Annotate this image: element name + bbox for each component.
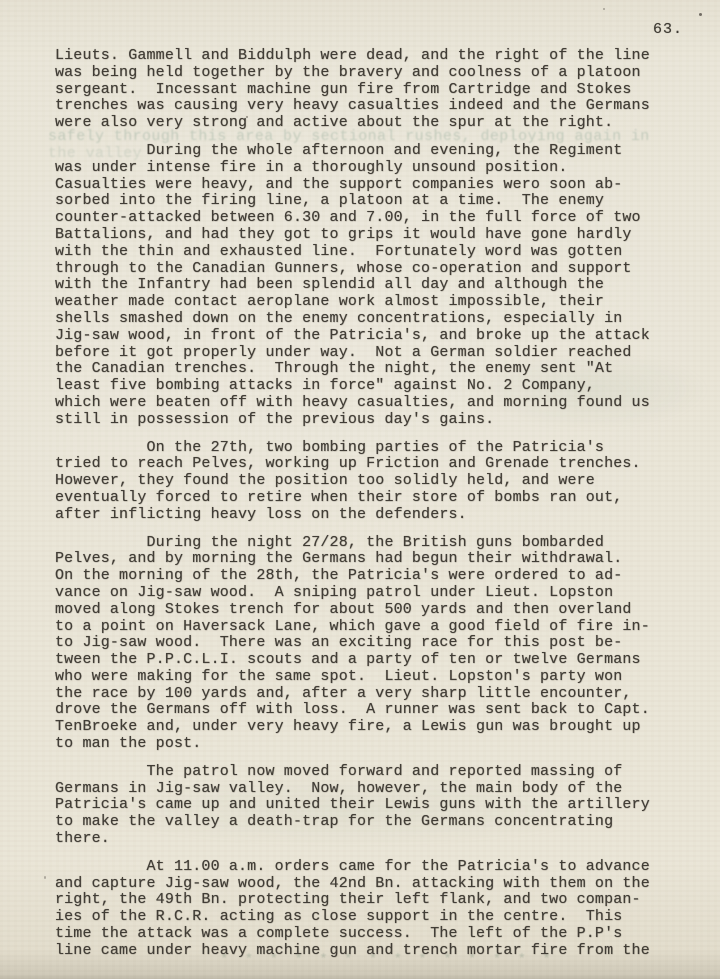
paragraph: The patrol now moved forward and reporte… [55,764,675,848]
text-line: sorbed into the firing line, a platoon a… [55,193,675,210]
text-line: Lieuts. Gammell and Biddulph were dead, … [55,48,675,65]
scanned-document-page: safely through this area by sectional ru… [0,0,720,979]
text-line: with the Infantry had been splendid all … [55,277,675,294]
text-line: time the attack was a complete success. … [55,926,675,943]
text-line: who were making for the same spot. Lieut… [55,669,675,686]
paragraph: During the night 27/28, the British guns… [55,535,675,753]
text-line: which were beaten off with heavy casualt… [55,395,675,412]
text-line: was being held together by the bravery a… [55,65,675,82]
text-line: Patricia's came up and united their Lewi… [55,797,675,814]
text-line: with the thin and exhausted line. Fortun… [55,244,675,261]
text-line: tween the P.P.C.L.I. scouts and a party … [55,652,675,669]
text-line: line came under heavy machine gun and tr… [55,943,675,960]
text-line: before it got properly under way. Not a … [55,345,675,362]
text-line: Casualties were heavy, and the support c… [55,177,675,194]
text-line: However, they found the position too sol… [55,473,675,490]
ink-speck [44,876,46,879]
ink-speck [603,8,605,10]
text-line: drove the Germans off with loss. A runne… [55,702,675,719]
text-line: to Jig-saw wood. There was an exciting r… [55,635,675,652]
text-line: there. [55,831,675,848]
text-line: counter-attacked between 6.30 and 7.00, … [55,210,675,227]
text-line: vance on Jig-saw wood. A sniping patrol … [55,585,675,602]
text-line: weather made contact aeroplane work almo… [55,294,675,311]
text-line: the Canadian trenches. Through the night… [55,361,675,378]
text-line: Germans in Jig-saw valley. Now, however,… [55,781,675,798]
text-line: eventually forced to retire when their s… [55,490,675,507]
text-line: right, the 49th Bn. protecting their lef… [55,892,675,909]
text-line: still in possession of the previous day'… [55,412,675,429]
text-line: Pelves, and by morning the Germans had b… [55,551,675,568]
paragraph: At 11.00 a.m. orders came for the Patric… [55,859,675,960]
text-line: through to the Canadian Gunners, whose c… [55,261,675,278]
text-line: was under intense fire in a thoroughly u… [55,160,675,177]
ink-speck [699,13,702,16]
text-line: Jig-saw wood, in front of the Patricia's… [55,328,675,345]
text-line: On the morning of the 28th, the Patricia… [55,568,675,585]
text-line: to make the valley a death-trap for the … [55,814,675,831]
paragraph: During the whole afternoon and evening, … [55,143,675,429]
text-line: the race by 100 yards and, after a very … [55,686,675,703]
text-line: moved along Stokes trench for about 500 … [55,602,675,619]
text-line: At 11.00 a.m. orders came for the Patric… [55,859,675,876]
text-line: During the whole afternoon and evening, … [55,143,675,160]
text-line: TenBroeke and, under very heavy fire, a … [55,719,675,736]
text-line: least five bombing attacks in force" aga… [55,378,675,395]
document-body-text: Lieuts. Gammell and Biddulph were dead, … [55,48,675,960]
text-line: On the 27th, two bombing parties of the … [55,440,675,457]
text-line: Battalions, and had they got to grips it… [55,227,675,244]
text-line: ies of the R.C.R. acting as close suppor… [55,909,675,926]
text-line: to man the post. [55,736,675,753]
text-line: sergeant. Incessant machine gun fire fro… [55,82,675,99]
page-number: 63. [653,21,683,38]
text-line: During the night 27/28, the British guns… [55,535,675,552]
text-line: and capture Jig-saw wood, the 42nd Bn. a… [55,876,675,893]
text-line: to a point on Haversack Lane, which gave… [55,619,675,636]
text-line: were also very strong and active about t… [55,115,675,132]
text-line: The patrol now moved forward and reporte… [55,764,675,781]
text-line: trenches was causing very heavy casualti… [55,98,675,115]
text-line: after inflicting heavy loss on the defen… [55,507,675,524]
text-line: tried to reach Pelves, working up Fricti… [55,456,675,473]
paragraph: On the 27th, two bombing parties of the … [55,440,675,524]
text-line: shells smashed down on the enemy concent… [55,311,675,328]
paragraph: Lieuts. Gammell and Biddulph were dead, … [55,48,675,132]
